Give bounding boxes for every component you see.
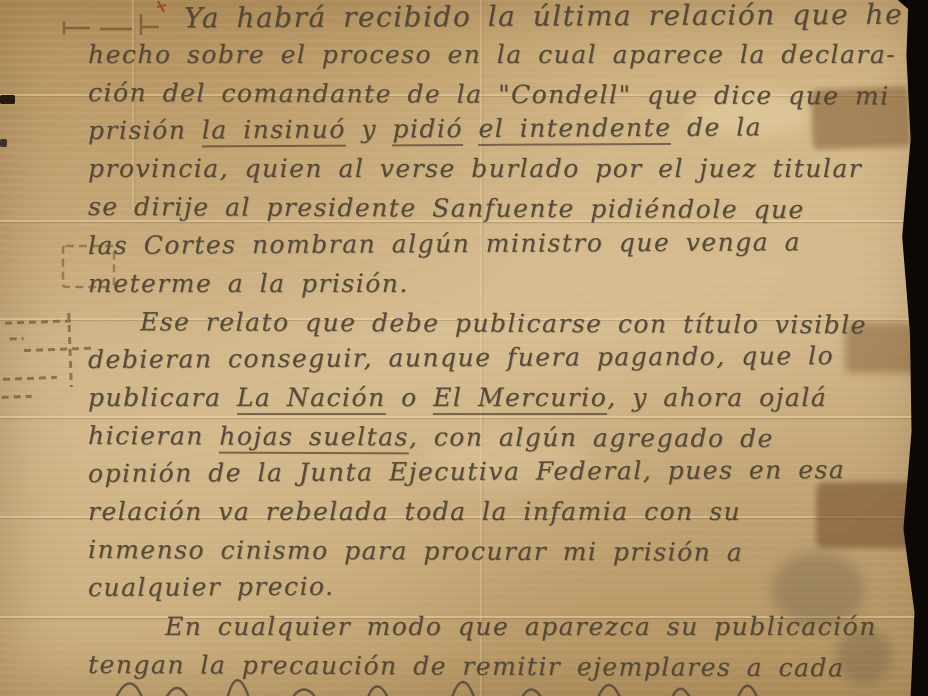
handwritten-text: publicara bbox=[88, 383, 237, 412]
handwritten-text: opinión de la Junta Ejecutiva Federal, p… bbox=[88, 455, 845, 488]
underlined-phrase: pidió bbox=[392, 114, 463, 146]
handwritten-text: prisión bbox=[88, 116, 202, 146]
manuscript-line: En cualquier modo que aparezca su public… bbox=[88, 612, 928, 650]
handwritten-text: Ese relato que debe publicarse con títul… bbox=[140, 307, 867, 339]
handwritten-text: hecho sobre el proceso en la cual aparec… bbox=[88, 40, 896, 69]
manuscript-line: las Cortes nombran algún ministro que ve… bbox=[88, 226, 928, 268]
handwritten-text: inmenso cinismo para procurar mi prisión… bbox=[88, 535, 743, 567]
underlined-phrase: La Nación bbox=[237, 383, 386, 415]
underlined-phrase: el intendente bbox=[478, 113, 671, 146]
manuscript-text: Ya habrá recibido la última relación que… bbox=[88, 2, 928, 688]
handwritten-text: debieran conseguir, aunque fuera pagando… bbox=[88, 341, 834, 374]
manuscript-line: relación va rebelada toda la infamia con… bbox=[88, 497, 928, 535]
underlined-phrase: la insinuó bbox=[202, 115, 346, 148]
manuscript-line: provincia, quien al verse burlado por el… bbox=[88, 154, 928, 192]
manuscript-line: hecho sobre el proceso en la cual aparec… bbox=[88, 40, 928, 78]
manuscript-line: cualquier precio. bbox=[88, 569, 928, 611]
underlined-phrase: El Mercurio bbox=[433, 383, 607, 415]
handwritten-text: tengan la precaución de remitir ejemplar… bbox=[88, 650, 844, 682]
handwritten-text bbox=[463, 114, 479, 143]
manuscript-page: Ya habrá recibido la última relación que… bbox=[0, 0, 928, 696]
manuscript-line: opinión de la Junta Ejecutiva Federal, p… bbox=[88, 455, 928, 497]
handwritten-text: , y ahora ojalá bbox=[607, 383, 827, 412]
handwritten-text: Ya habrá recibido la última relación que… bbox=[184, 0, 903, 34]
handwritten-text: En cualquier modo que aparezca su public… bbox=[165, 612, 877, 641]
handwritten-text: o bbox=[386, 383, 433, 412]
handwritten-text: y bbox=[346, 115, 393, 144]
underlined-phrase: hojas sueltas bbox=[219, 422, 409, 455]
edge-mark bbox=[0, 95, 15, 104]
manuscript-line: tengan la precaución de remitir ejemplar… bbox=[88, 650, 928, 692]
manuscript-line: prisión la insinuó y pidió el intendente… bbox=[88, 112, 928, 154]
manuscript-line: Ya habrá recibido la última relación que… bbox=[88, 0, 928, 40]
manuscript-line: publicara La Nación o El Mercurio, y aho… bbox=[88, 383, 928, 421]
manuscript-line: meterme a la prisión. bbox=[88, 269, 928, 307]
handwritten-text: , con algún agregado de bbox=[409, 422, 774, 453]
handwritten-text: ción del comandante de la "Condell" que … bbox=[88, 78, 890, 110]
handwritten-text: de la bbox=[671, 113, 762, 142]
manuscript-line: debieran conseguir, aunque fuera pagando… bbox=[88, 340, 928, 382]
handwritten-text: provincia, quien al verse burlado por el… bbox=[88, 154, 862, 183]
handwritten-text: relación va rebelada toda la infamia con… bbox=[88, 497, 741, 526]
handwritten-text: cualquier precio. bbox=[88, 572, 335, 602]
handwritten-text: las Cortes nombran algún ministro que ve… bbox=[88, 227, 801, 260]
handwritten-text: hicieran bbox=[88, 421, 219, 451]
handwritten-text: meterme a la prisión. bbox=[88, 269, 409, 298]
edge-mark bbox=[0, 139, 7, 147]
handwritten-text: se dirije al presidente Sanfuente pidién… bbox=[88, 192, 805, 224]
